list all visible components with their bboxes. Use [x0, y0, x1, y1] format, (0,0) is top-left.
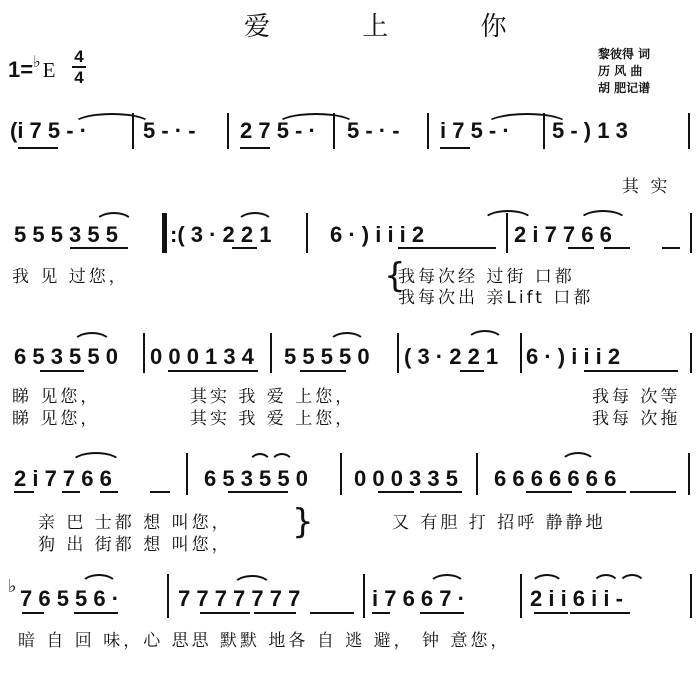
- tie: [270, 453, 294, 465]
- measure-15: 6 · ) i i i 2: [526, 344, 620, 370]
- underline: [168, 370, 258, 372]
- lyricist-credit: 黎彼得 词: [598, 46, 650, 63]
- tie: [94, 212, 134, 224]
- barline: [690, 574, 692, 618]
- underline: [40, 370, 84, 372]
- tie: [485, 113, 569, 125]
- barline: [690, 333, 692, 373]
- barline: [143, 333, 145, 373]
- song-title: 爱 上 你: [244, 6, 549, 43]
- tie: [482, 210, 534, 222]
- barline: [363, 574, 365, 618]
- underline: [420, 612, 464, 614]
- underline: [662, 247, 680, 249]
- barline: [227, 113, 229, 149]
- lyric: 狗 出 街都 想 叫您，: [38, 530, 232, 555]
- tie: [466, 330, 504, 342]
- lyric: 暗 自 回 味，心 思思 默默 地各 自 逃 避， 钟 意您，: [18, 626, 510, 651]
- underline: [232, 247, 257, 249]
- measure-22: i 7 6 6 7 ·: [372, 586, 465, 612]
- barline: [397, 333, 399, 373]
- lyric: 睇 见您，: [12, 404, 100, 429]
- barline: [520, 333, 522, 373]
- lyric: 其实 我 爱 上您，: [190, 404, 355, 429]
- measure-17: 6 5 3 5 5 0: [204, 466, 308, 492]
- measure-12: 0 0 0 1 3 4: [150, 344, 254, 370]
- key-prefix: 1=: [8, 57, 33, 82]
- measure-21: 7 7 7 7 7 7 7: [178, 586, 300, 612]
- repeat-barline: [162, 213, 167, 253]
- tie: [328, 332, 366, 344]
- barline: [690, 213, 692, 253]
- tie: [236, 212, 274, 224]
- flat-sign: ♭: [33, 54, 41, 71]
- underline: [100, 491, 118, 493]
- underline: [300, 370, 346, 372]
- tie: [428, 574, 466, 586]
- measure-23: 2 i i 6 i i -: [530, 586, 623, 612]
- tie: [530, 574, 564, 586]
- underline: [62, 491, 80, 493]
- underline: [200, 612, 250, 614]
- key-letter: E: [43, 58, 56, 82]
- underline: [630, 491, 676, 493]
- measure-8: :( 3 · 2 2 1: [170, 222, 271, 248]
- underline: [568, 247, 594, 249]
- underline: [22, 612, 44, 614]
- measure-16: 2 i 7 7 6 6: [14, 466, 112, 492]
- underline: [570, 612, 630, 614]
- time-signature: 4 4: [72, 48, 86, 86]
- barline: [688, 453, 690, 495]
- measure-18: 0 0 0 3 3 5: [354, 466, 458, 492]
- underline: [18, 147, 58, 149]
- underline: [440, 147, 470, 149]
- underline: [378, 491, 414, 493]
- barline: [340, 453, 342, 495]
- tie: [72, 113, 152, 125]
- barline: [186, 453, 188, 495]
- tie: [72, 332, 112, 344]
- tie: [70, 452, 122, 464]
- credits: 黎彼得 词 历 风 曲 胡 肥记谱: [598, 46, 650, 97]
- time-signature-bottom: 4: [74, 69, 83, 86]
- barline: [167, 574, 169, 618]
- lyric: 我每 次拖: [592, 404, 680, 429]
- underline: [70, 247, 128, 249]
- tie: [232, 575, 272, 587]
- measure-10: 2 i 7 7 6 6: [514, 222, 612, 248]
- underline: [254, 612, 296, 614]
- measure-11: 6 5 3 5 5 0: [14, 344, 118, 370]
- underline: [586, 491, 626, 493]
- lyric: 我 见 过您，: [12, 262, 129, 287]
- measure-13: 5 5 5 5 0: [284, 344, 370, 370]
- underline: [14, 491, 34, 493]
- barline: [306, 213, 308, 253]
- tie: [618, 574, 646, 586]
- lyric-verse2: 我每次出 亲Lift 口都: [398, 283, 593, 308]
- transcriber-credit: 胡 肥记谱: [598, 80, 650, 97]
- underline: [460, 370, 484, 372]
- measure-7: 5 5 5 3 5 5: [14, 222, 118, 248]
- tie: [80, 574, 118, 586]
- flat-sign: ♭: [8, 576, 17, 597]
- underline: [228, 491, 288, 493]
- measure-20: 7 6 5 5 6 ·: [20, 586, 119, 612]
- lyric-brace: }: [292, 502, 314, 542]
- tie: [578, 210, 628, 222]
- barline: [688, 113, 690, 149]
- barline: [270, 333, 272, 373]
- measure-14: ( 3 · 2 2 1: [404, 344, 498, 370]
- tie: [248, 453, 272, 465]
- composer-credit: 历 风 曲: [598, 63, 650, 80]
- lyric: 又 有胆 打 招呼 静静地: [392, 508, 606, 533]
- barline: [476, 453, 478, 495]
- barline: [520, 574, 522, 618]
- underline: [584, 370, 678, 372]
- key-signature: 1=♭E 4 4: [8, 54, 86, 92]
- underline: [372, 612, 390, 614]
- underline: [420, 491, 462, 493]
- tie: [560, 452, 596, 464]
- tie: [592, 574, 620, 586]
- time-signature-top: 4: [74, 48, 83, 65]
- lyric: 其 实: [622, 172, 670, 197]
- underline: [398, 247, 496, 249]
- barline: [427, 113, 429, 149]
- tie: [276, 113, 356, 125]
- underline: [604, 247, 630, 249]
- underline: [526, 491, 572, 493]
- measure-19: 6 6 6 6 6 6 6: [494, 466, 616, 492]
- underline: [310, 612, 354, 614]
- measure-9: 6 · ) i i i 2: [330, 222, 424, 248]
- underline: [240, 147, 270, 149]
- underline: [534, 612, 568, 614]
- underline: [150, 491, 170, 493]
- underline: [74, 612, 118, 614]
